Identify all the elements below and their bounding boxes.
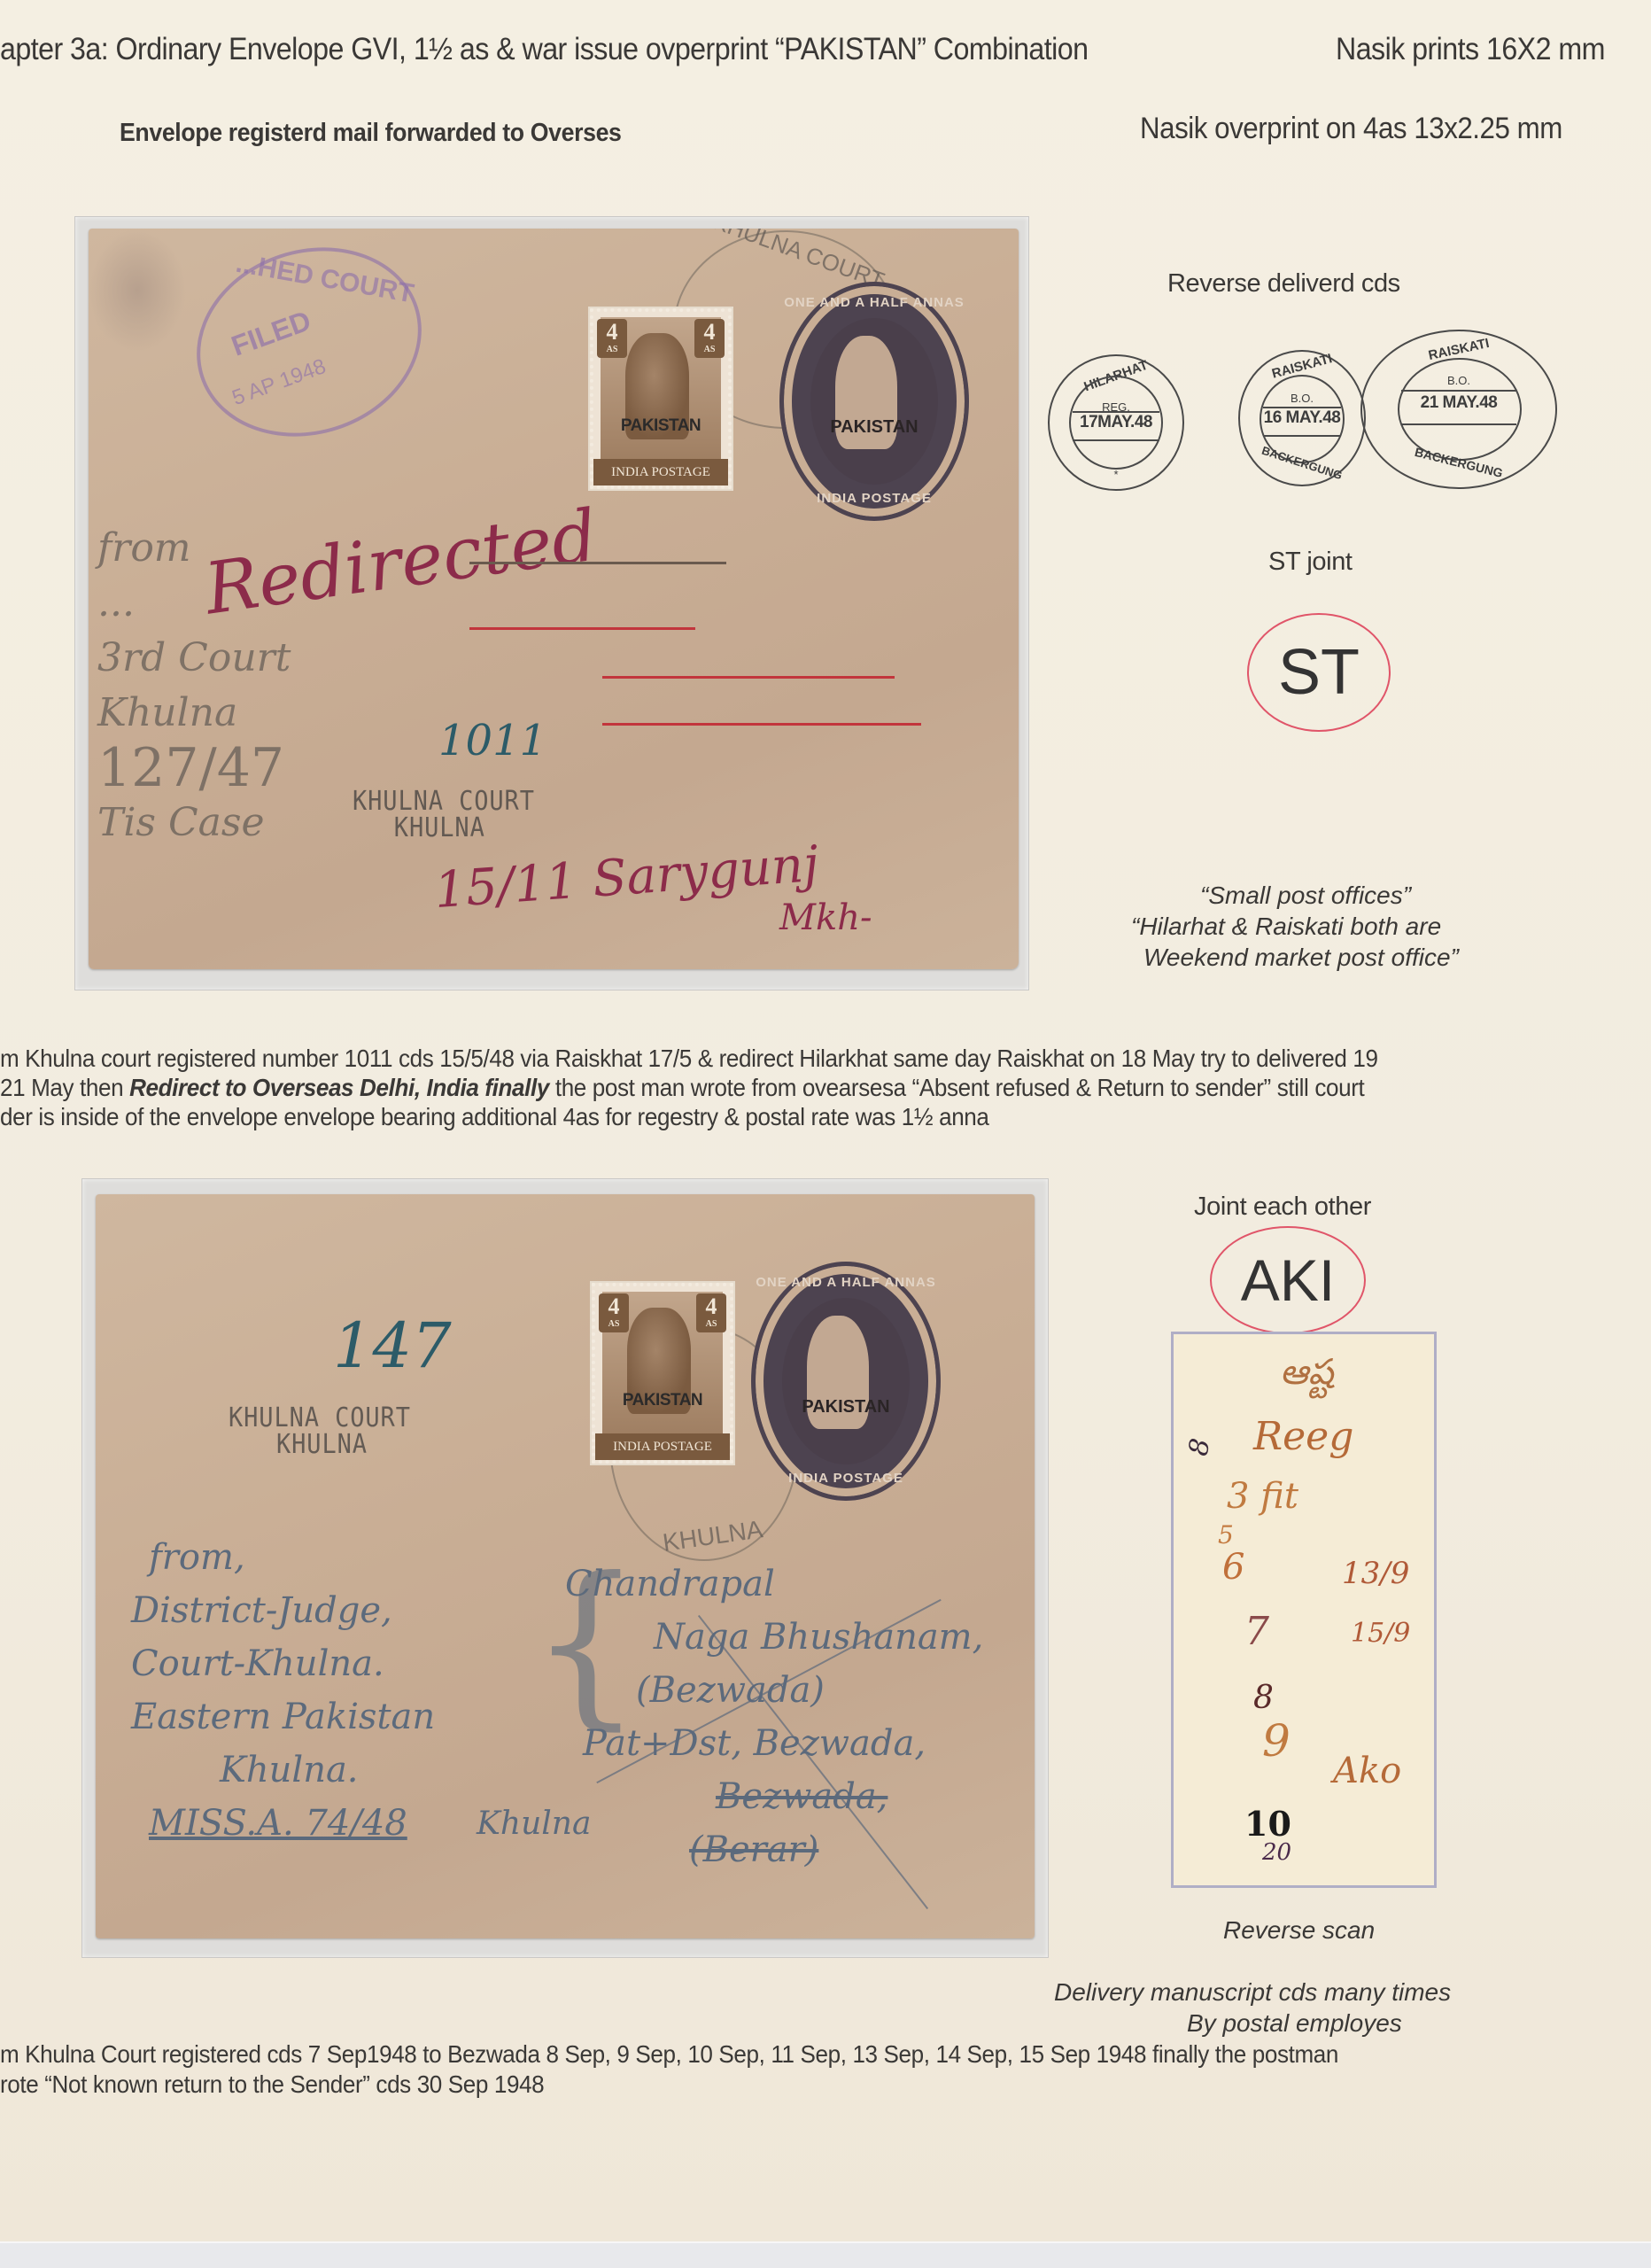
date-annotation: 15/11 Sarygunj bbox=[432, 835, 820, 920]
sender-address: from, District-Judge, Court-Khulna. East… bbox=[131, 1531, 435, 1850]
signature: Mkh- bbox=[779, 897, 872, 938]
cover1-description-line3: der is inside of the envelope envelope b… bbox=[0, 1102, 989, 1131]
sender-note: from ... 3rd Court Khulna 127/47 Tis Cas… bbox=[97, 521, 291, 850]
stamp-label: INDIA POSTAGE bbox=[593, 459, 728, 485]
stamp-overprint: PAKISTAN bbox=[601, 1391, 725, 1410]
weekend-market-note-2: Weekend market post office” bbox=[1143, 944, 1459, 972]
joint-each-other-label: Joint each other bbox=[1194, 1192, 1371, 1222]
reverse-cds-label: Reverse deliverd cds bbox=[1167, 269, 1400, 299]
cover1-envelope: ...HED COURT FILED 5 AP 1948 KHULNA COUR… bbox=[89, 229, 1019, 969]
reverse-scan-label: Reverse scan bbox=[1223, 1916, 1375, 1945]
aki-joint-mark: AKI bbox=[1210, 1226, 1366, 1334]
cover2-envelope: KHULNA 4AS 4AS PAKISTAN INDIA POSTAGE ON… bbox=[96, 1194, 1035, 1938]
stamp-label: INDIA POSTAGE bbox=[595, 1433, 730, 1460]
cover1-indicium: ONE AND A HALF ANNAS PAKISTAN INDIA POST… bbox=[779, 282, 969, 521]
strike-line bbox=[469, 562, 726, 564]
cds-raiskati-16may: RAISKATI B.O. 16 MAY.48 BACKERGUNG bbox=[1238, 350, 1366, 486]
khulna-court-cachet: KHULNA COURT KHULNA bbox=[229, 1405, 411, 1458]
cover1-stamp-4as: 4AS 4AS PAKISTAN INDIA POSTAGE bbox=[590, 308, 732, 489]
weekend-market-note-1: “Hilarhat & Raiskati both are bbox=[1131, 913, 1441, 941]
strike-line bbox=[469, 627, 695, 630]
small-post-offices-note: “Small post offices” bbox=[1200, 882, 1411, 910]
reverse-scan-image: ఆష్ట 8 Reeg 3 fit 5 6 7 13/9 15/9 8 9 Ak… bbox=[1171, 1332, 1437, 1888]
cover2-indicium: ONE AND A HALF ANNAS PAKISTAN INDIA POST… bbox=[751, 1262, 941, 1501]
khulna-court-cachet: KHULNA COURT KHULNA bbox=[353, 788, 535, 842]
cds-hilarhat: HILARHAT REG. 17MAY.48 * bbox=[1048, 354, 1184, 491]
strike-line bbox=[602, 676, 895, 679]
print-size-note: Nasik prints 16X2 mm bbox=[1336, 32, 1605, 67]
st-joint-mark: ST bbox=[1247, 613, 1391, 732]
cds-raiskati-21may: RAISKATI B.O. 21 MAY.48 BACKERGUNG bbox=[1360, 330, 1557, 489]
cover2-description-line1: m Khulna Court registered cds 7 Sep1948 … bbox=[0, 2039, 1338, 2069]
delivery-note-1: Delivery manuscript cds many times bbox=[1054, 1978, 1451, 2007]
cover1-description-line2: 21 May then Redirect to Overseas Delhi, … bbox=[0, 1073, 1364, 1102]
cover2-stamp-4as: 4AS 4AS PAKISTAN INDIA POSTAGE bbox=[592, 1283, 733, 1464]
st-joint-label: ST joint bbox=[1268, 548, 1353, 577]
strike-line bbox=[602, 723, 921, 726]
overprint-size-note: Nasik overprint on 4as 13x2.25 mm bbox=[1140, 112, 1562, 146]
page-bottom-edge bbox=[0, 2241, 1651, 2268]
torn-corner bbox=[89, 229, 186, 353]
cover2-description-line2: rote “Not known return to the Sender” cd… bbox=[0, 2070, 544, 2099]
khulna-annotation: Khulna bbox=[477, 1806, 591, 1842]
section-heading: Envelope registerd mail forwarded to Ove… bbox=[120, 119, 622, 148]
registration-number: 1011 bbox=[438, 716, 546, 765]
stamp-overprint: PAKISTAN bbox=[599, 416, 723, 436]
registration-number: 147 bbox=[333, 1309, 452, 1382]
delivery-note-2: By postal employes bbox=[1187, 2009, 1402, 2038]
cover1-description-line1: m Khulna court registered number 1011 cd… bbox=[0, 1044, 1378, 1073]
page-title: apter 3a: Ordinary Envelope GVI, 1½ as &… bbox=[0, 32, 1089, 67]
